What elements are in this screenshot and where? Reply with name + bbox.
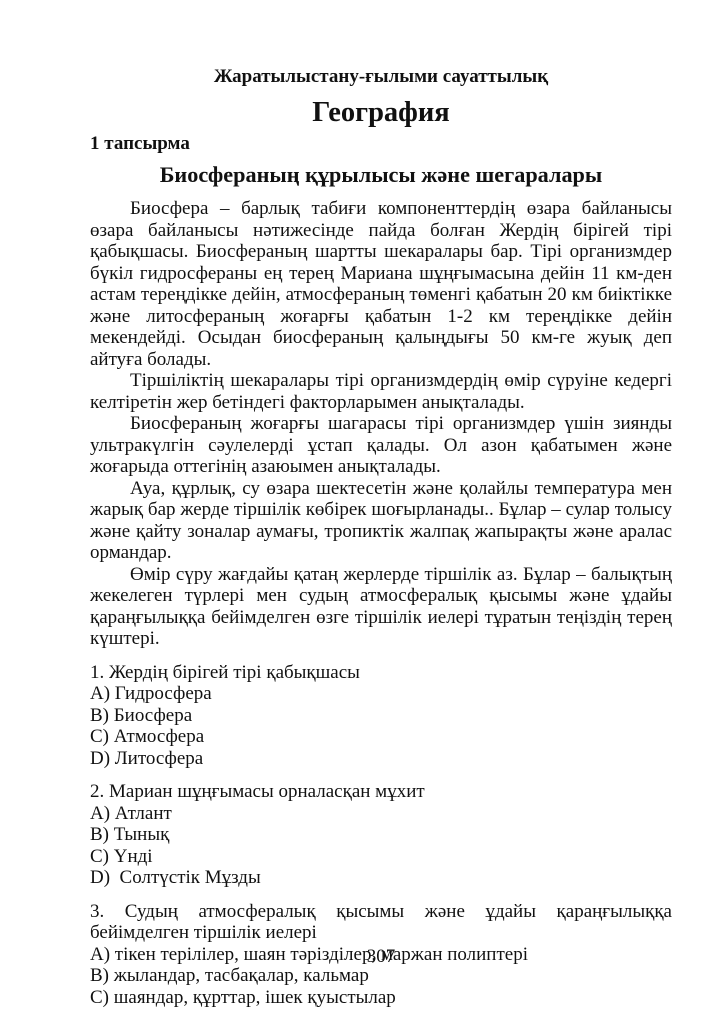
section-title: Биосфераның құрылысы және шегаралары xyxy=(90,164,672,186)
question-option: С) шаяндар, құрттар, ішек қуыстылар xyxy=(90,987,672,1009)
question-option: А) Гидросфера xyxy=(90,683,672,705)
question-stem: 3. Судың атмосфералық қысымы және ұдайы … xyxy=(90,901,672,944)
question-option: В) Тынық xyxy=(90,824,672,846)
paragraph: Биосфераның жоғарғы шагарасы тірі органи… xyxy=(90,413,672,478)
question-stem: 1. Жердің бірігей тірі қабықшасы xyxy=(90,662,672,684)
question-option: D) Литосфера xyxy=(90,748,672,770)
document-page: Жаратылыстану-ғылыми сауаттылық Географи… xyxy=(0,0,724,1024)
page-number: 307 xyxy=(90,946,672,968)
question-option: С) Атмосфера xyxy=(90,726,672,748)
question-option: А) Атлант xyxy=(90,803,672,825)
paragraph: Биосфера – барлық табиғи компоненттердің… xyxy=(90,198,672,370)
question-option: В) Биосфера xyxy=(90,705,672,727)
document-title: Жаратылыстану-ғылыми сауаттылық xyxy=(90,66,672,88)
subject-heading: География xyxy=(90,102,672,124)
question-option: D) Солтүстік Мұзды xyxy=(90,867,672,889)
article-body: Биосфера – барлық табиғи компоненттердің… xyxy=(90,198,672,650)
paragraph: Өмір сүру жағдайы қатаң жерлерде тіршілі… xyxy=(90,564,672,650)
paragraph: Ауа, құрлық, су өзара шектесетін және қо… xyxy=(90,478,672,564)
question-block-1: 1. Жердің бірігей тірі қабықшасы А) Гидр… xyxy=(90,662,672,770)
question-stem: 2. Мариан шұңғымасы орналасқан мұхит xyxy=(90,781,672,803)
question-option: С) Үнді xyxy=(90,846,672,868)
question-option: В) жыландар, тасбақалар, кальмар xyxy=(90,965,672,987)
task-label: 1 тапсырма xyxy=(90,133,672,155)
paragraph: Тіршіліктің шекаралары тірі организмдерд… xyxy=(90,370,672,413)
question-block-2: 2. Мариан шұңғымасы орналасқан мұхит А) … xyxy=(90,781,672,889)
